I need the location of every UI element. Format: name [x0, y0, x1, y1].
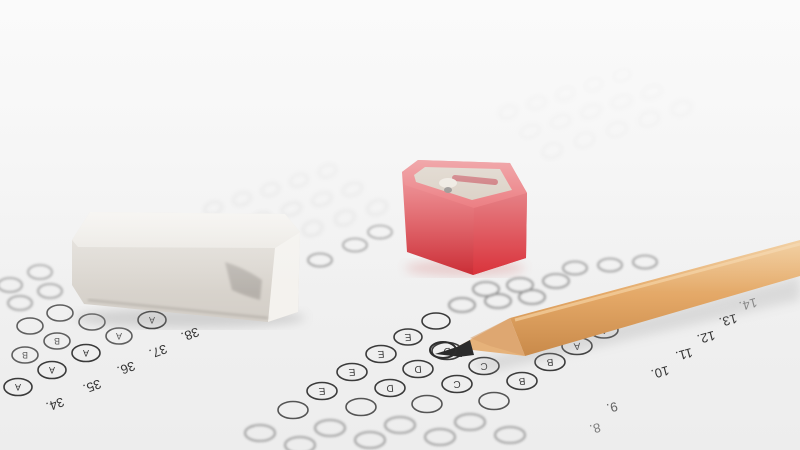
- eraser: [72, 212, 305, 328]
- question-number-34: 34.: [44, 394, 66, 414]
- question-number-8: 8.: [588, 420, 602, 437]
- question-number-35: 35.: [81, 376, 103, 396]
- svg-text:A: A: [116, 331, 122, 341]
- svg-text:A: A: [83, 348, 89, 358]
- question-number-9: 9.: [605, 399, 619, 416]
- svg-text:E: E: [348, 366, 356, 378]
- question-number-12: 12.: [695, 328, 716, 347]
- svg-text:E: E: [377, 348, 385, 360]
- svg-text:E: E: [404, 331, 412, 343]
- photo-scene: A A A A B B A 34. 35. 36. 37. 38.: [0, 0, 800, 450]
- svg-text:B: B: [54, 336, 60, 346]
- answer-sheet-illustration: A A A A B B A 34. 35. 36. 37. 38.: [0, 0, 800, 450]
- pencil-sharpener: [402, 160, 527, 276]
- svg-text:D: D: [414, 363, 422, 375]
- svg-text:E: E: [318, 385, 326, 397]
- svg-text:A: A: [49, 365, 55, 375]
- question-number-36: 36.: [115, 358, 137, 378]
- svg-text:B: B: [518, 375, 526, 387]
- svg-text:B: B: [22, 350, 28, 360]
- question-number-11: 11.: [674, 345, 694, 364]
- question-number-37: 37.: [147, 341, 169, 361]
- svg-text:D: D: [386, 382, 394, 394]
- svg-text:A: A: [15, 382, 21, 392]
- question-number-10: 10.: [649, 363, 670, 382]
- svg-text:C: C: [453, 378, 461, 390]
